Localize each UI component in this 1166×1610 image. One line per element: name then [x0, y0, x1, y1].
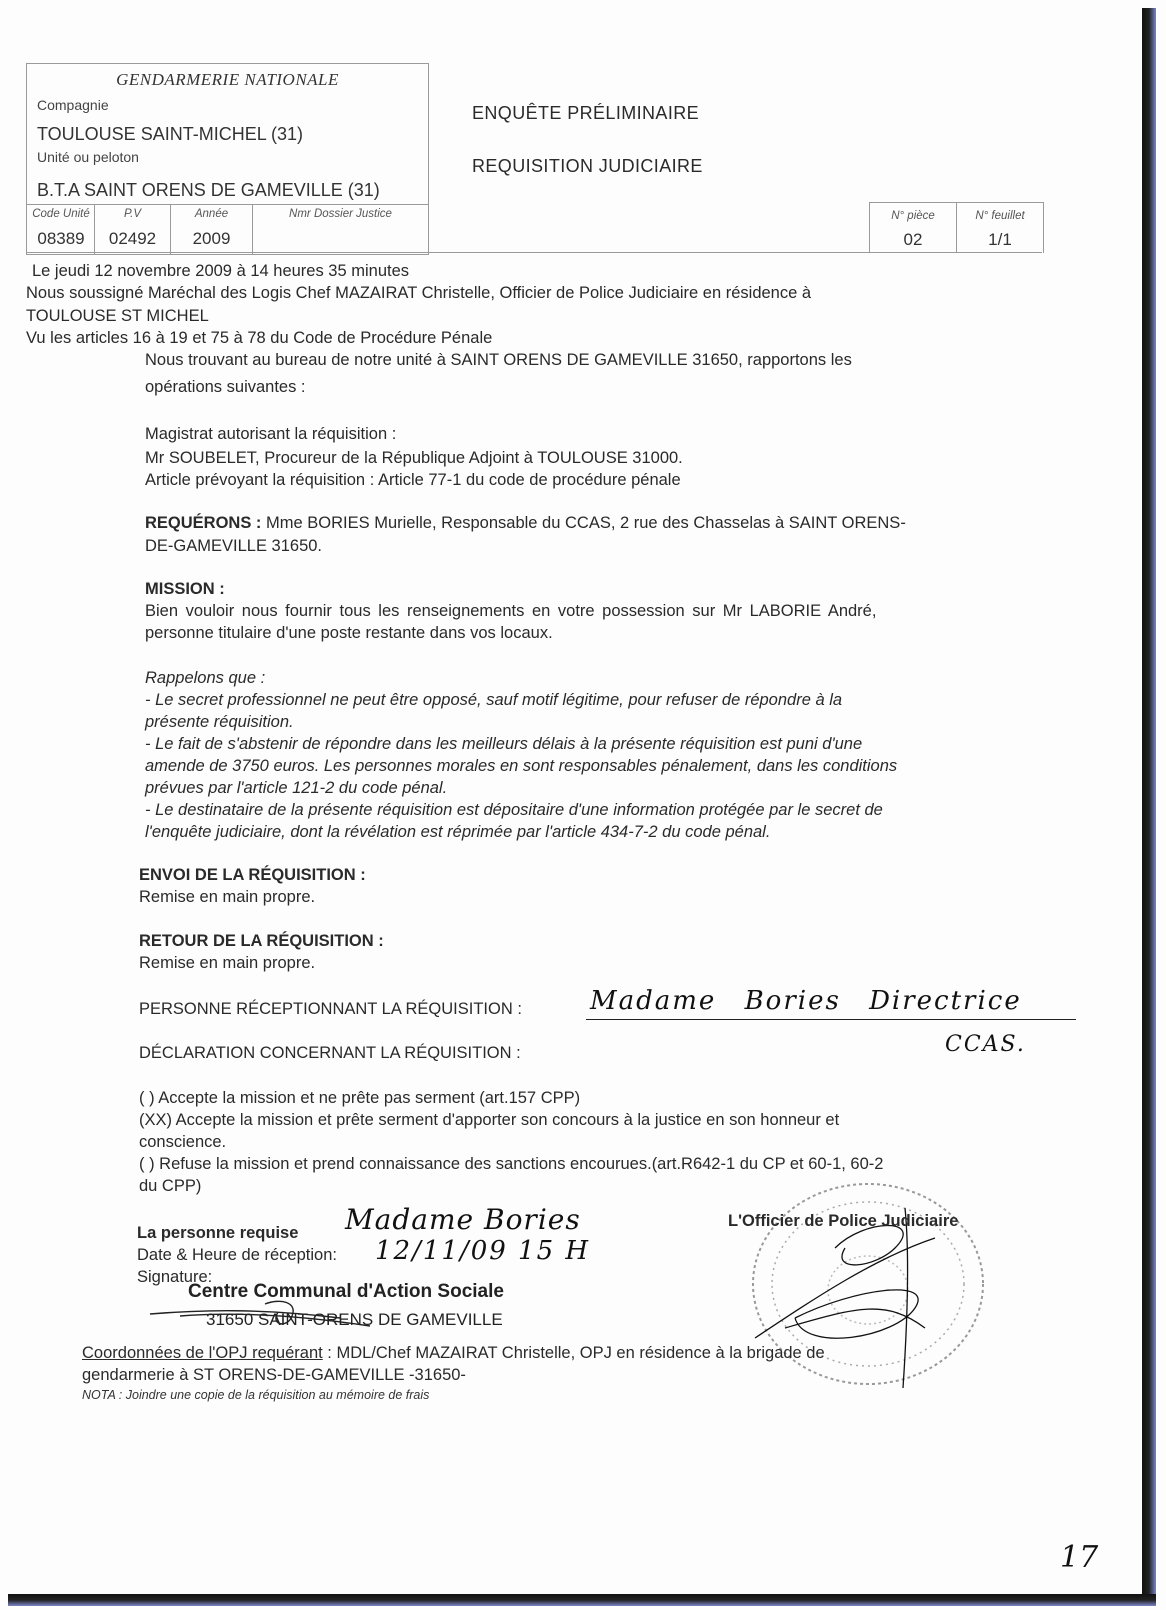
date-handwritten: 12/11/09 15 H: [375, 1236, 590, 1266]
divider: [27, 204, 428, 205]
company-value: TOULOUSE SAINT-MICHEL (31): [37, 124, 303, 145]
declaration-option: (XX) Accepte la mission et prête serment…: [139, 1111, 839, 1130]
feuillet-value: 1/1: [957, 230, 1043, 250]
officer-line-1: Nous soussigné Maréchal des Logis Chef M…: [26, 284, 811, 303]
reminder-line: présente réquisition.: [145, 713, 294, 732]
retour-value: Remise en main propre.: [139, 954, 315, 973]
document-page: GENDARMERIE NATIONALE Compagnie TOULOUSE…: [0, 0, 1142, 1594]
code-unite-label: Code Unité: [28, 208, 94, 220]
mission-label: MISSION :: [145, 580, 225, 599]
official-seal-icon: [735, 1178, 995, 1398]
unit-label: Unité ou peloton: [37, 149, 139, 165]
contact-text: : MDL/Chef MAZAIRAT Christelle, OPJ en r…: [323, 1344, 825, 1362]
piece-value: 02: [870, 230, 956, 250]
person-handwritten: Madame Bories: [345, 1203, 581, 1236]
date-line: Le jeudi 12 novembre 2009 à 14 heures 35…: [32, 262, 409, 281]
reminder-line: - Le fait de s'abstenir de répondre dans…: [145, 735, 862, 754]
header-box: GENDARMERIE NATIONALE Compagnie TOULOUSE…: [26, 63, 429, 255]
person-label: La personne requise: [137, 1224, 298, 1243]
declaration-label: DÉCLARATION CONCERNANT LA RÉQUISITION :: [139, 1044, 521, 1063]
contact-line-1: Coordonnées de l'OPJ requérant : MDL/Che…: [82, 1344, 825, 1363]
reminder-line: amende de 3750 euros. Les personnes mora…: [145, 757, 897, 776]
nota-line: NOTA : Joindre une copie de la réquisiti…: [82, 1388, 429, 1402]
signature-scribble-icon: [140, 1296, 380, 1336]
reception-label: PERSONNE RÉCEPTIONNANT LA RÉQUISITION :: [139, 1000, 522, 1019]
reminders-heading: Rappelons que :: [145, 669, 265, 688]
company-label: Compagnie: [37, 97, 109, 113]
mission-line-2: personne titulaire d'une poste restante …: [145, 624, 553, 643]
reminder-line: l'enquête judiciaire, dont la révélation…: [145, 823, 770, 842]
reception-handwritten-2: CCAS.: [945, 1032, 1026, 1057]
pv-label: P.V: [95, 208, 170, 220]
reception-handwritten: Madame Bories Directrice: [590, 986, 1022, 1016]
date-label: Date & Heure de réception:: [137, 1246, 337, 1265]
articles-line: Vu les articles 16 à 19 et 75 à 78 du Co…: [26, 329, 492, 348]
annee-label: Année: [171, 208, 252, 220]
declaration-option: ( ) Refuse la mission et prend connaissa…: [139, 1155, 883, 1174]
contact-line-2: gendarmerie à ST ORENS-DE-GAMEVILLE -316…: [82, 1366, 466, 1385]
location-line-1: Nous trouvant au bureau de notre unité à…: [145, 351, 852, 370]
pv-value: 02492: [95, 229, 170, 249]
officer-line-2: TOULOUSE ST MICHEL: [26, 307, 209, 326]
reminder-line: - Le secret professionnel ne peut être o…: [145, 691, 842, 710]
reminder-line: - Le destinataire de la présente réquisi…: [145, 801, 883, 820]
page-shadow-right: [1142, 8, 1156, 1600]
annee-value: 2009: [171, 229, 252, 249]
requerons-label: REQUÉRONS :: [145, 514, 261, 532]
reminder-line: prévues par l'article 121-2 du code péna…: [145, 779, 447, 798]
piece-label: N° pièce: [870, 210, 956, 222]
location-line-2: opérations suivantes :: [145, 378, 306, 397]
officer-label: L'Officier de Police Judiciaire: [728, 1212, 958, 1231]
piece-box: N° pièce 02 N° feuillet 1/1: [869, 202, 1044, 253]
declaration-option: conscience.: [139, 1133, 226, 1152]
unit-value: B.T.A SAINT ORENS DE GAMEVILLE (31): [37, 180, 380, 201]
retour-label: RETOUR DE LA RÉQUISITION :: [139, 932, 384, 951]
envoi-value: Remise en main propre.: [139, 888, 315, 907]
requerons-line-1: REQUÉRONS : Mme BORIES Murielle, Respons…: [145, 514, 906, 533]
contact-label: Coordonnées de l'OPJ requérant: [82, 1344, 323, 1362]
code-unite-value: 08389: [28, 229, 94, 249]
magistrate-name: Mr SOUBELET, Procureur de la République …: [145, 449, 683, 468]
declaration-option: ( ) Accepte la mission et ne prête pas s…: [139, 1089, 580, 1108]
page-shadow-bottom: [8, 1594, 1156, 1606]
page-number: 17: [1060, 1540, 1098, 1575]
reception-underline: [586, 1019, 1076, 1020]
declaration-option: du CPP): [139, 1177, 201, 1196]
title-enquete: ENQUÊTE PRÉLIMINAIRE: [472, 103, 699, 124]
feuillet-label: N° feuillet: [957, 210, 1043, 222]
requerons-text: Mme BORIES Murielle, Responsable du CCAS…: [266, 514, 906, 532]
magistrate-article: Article prévoyant la réquisition : Artic…: [145, 471, 681, 490]
magistrate-label: Magistrat autorisant la réquisition :: [145, 425, 396, 444]
mission-line-1: Bien vouloir nous fournir tous les rense…: [145, 602, 876, 621]
title-requisition: REQUISITION JUDICIAIRE: [472, 156, 703, 177]
dossier-justice-label: Nmr Dossier Justice: [253, 208, 428, 220]
requerons-line-2: DE-GAMEVILLE 31650.: [145, 537, 322, 556]
organization-name: GENDARMERIE NATIONALE: [27, 70, 428, 90]
envoi-label: ENVOI DE LA RÉQUISITION :: [139, 866, 366, 885]
header-rule: [26, 252, 1042, 253]
